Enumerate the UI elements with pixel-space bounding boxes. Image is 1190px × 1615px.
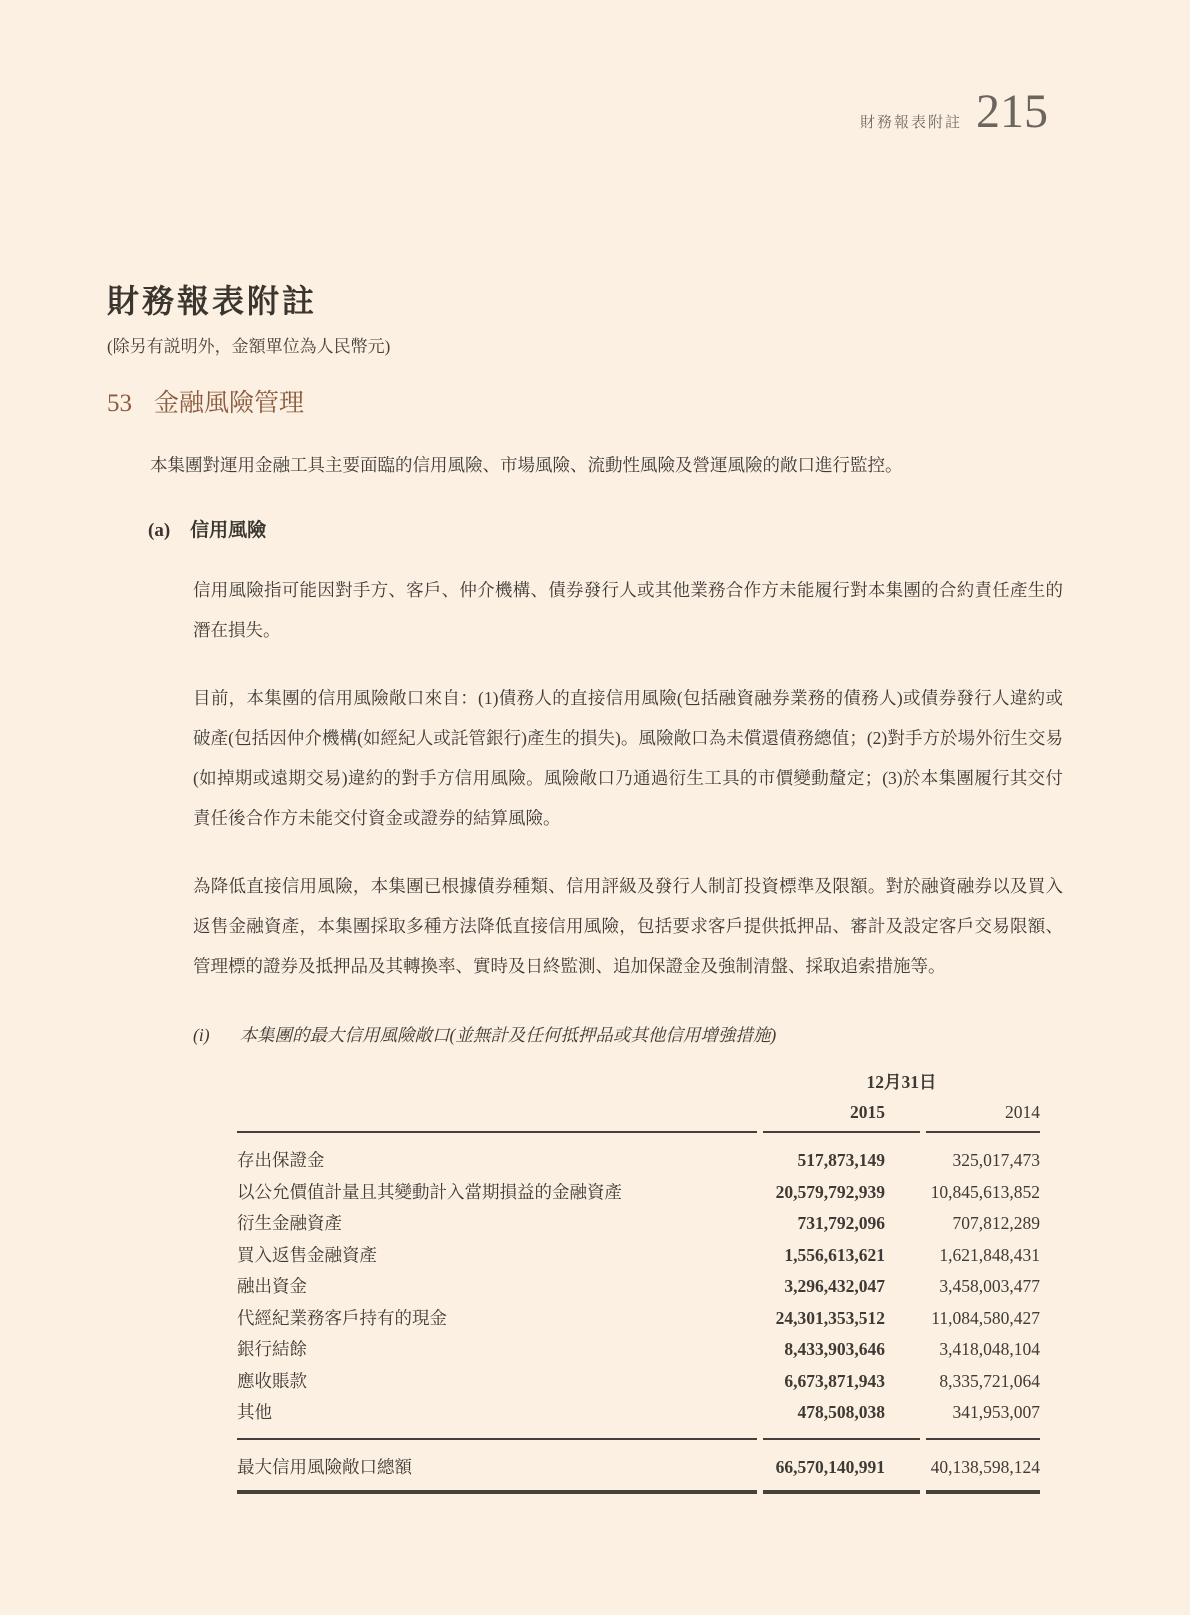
section-intro-paragraph: 本集團對運用金融工具主要面臨的信用風險、市場風險、流動性風險及營運風險的敞口進行… [150,445,1190,485]
table-row: 其他 478,508,038 341,953,007 [237,1397,1040,1429]
table-date-header: 12月31日 [763,1067,1040,1097]
page-title: 財務報表附註 [107,0,1190,322]
subsection-a-content: 信用風險指可能因對手方、客戶、仲介機構、債券發行人或其他業務合作方未能履行對本集… [193,570,1063,1494]
table-year-header-row: 2015 2014 [237,1097,1040,1127]
table-subtotal-rule [237,1438,1040,1440]
subsection-a-heading: (a) 信用風險 [148,515,1190,542]
item-i-label: (i) [193,1025,210,1046]
section-number: 53 [107,390,132,418]
page-subtitle: (除另有説明外，金額單位為人民幣元) [107,332,1190,357]
section-title: 金融風險管理 [154,383,304,419]
table-date-header-row: 12月31日 [237,1067,1040,1097]
paragraph-credit-risk-sources: 目前，本集團的信用風險敞口來自：(1)債務人的直接信用風險(包括融資融券業務的債… [193,678,1063,838]
table-row: 銀行結餘 8,433,903,646 3,418,048,104 [237,1334,1040,1366]
table-row: 存出保證金 517,873,149 325,017,473 [237,1145,1040,1177]
paragraph-credit-risk-mitigation: 為降低直接信用風險，本集團已根據債券種類、信用評級及發行人制訂投資標準及限額。對… [193,866,1063,986]
table-row: 買入返售金融資產 1,556,613,621 1,621,848,431 [237,1240,1040,1272]
table-bottom-rule [237,1490,1040,1494]
document-page: 財務報表附註 215 財務報表附註 (除另有説明外，金額單位為人民幣元) 53 … [0,0,1190,1494]
item-i-heading: (i) 本集團的最大信用風險敞口(並無計及任何抵押品或其他信用增強措施) [193,1022,1063,1047]
table-row: 以公允價值計量且其變動計入當期損益的金融資產 20,579,792,939 10… [237,1177,1040,1209]
table-row: 融出資金 3,296,432,047 3,458,003,477 [237,1271,1040,1303]
table-row: 衍生金融資產 731,792,096 707,812,289 [237,1208,1040,1240]
max-credit-exposure-table: 12月31日 2015 2014 存出保證金 517,873,149 325,0… [237,1067,1040,1494]
column-header-2014: 2014 [926,1097,1040,1127]
subsection-a-label: (a) [148,520,170,542]
table-total-row: 最大信用風險敞口總額 66,570,140,991 40,138,598,124 [237,1450,1040,1490]
page-number: 215 [976,88,1048,136]
running-header-label: 財務報表附註 [860,111,962,132]
paragraph-credit-risk-definition: 信用風險指可能因對手方、客戶、仲介機構、債券發行人或其他業務合作方未能履行對本集… [193,570,1063,650]
column-header-2015: 2015 [763,1097,920,1127]
table-header-rule [237,1131,1040,1133]
subsection-a-title: 信用風險 [190,515,266,542]
item-i-title: 本集團的最大信用風險敞口(並無計及任何抵押品或其他信用增強措施) [240,1022,777,1047]
table-row: 代經紀業務客戶持有的現金 24,301,353,512 11,084,580,4… [237,1303,1040,1335]
table-row: 應收賬款 6,673,871,943 8,335,721,064 [237,1366,1040,1398]
table-body: 存出保證金 517,873,149 325,017,473 以公允價值計量且其變… [237,1133,1040,1429]
running-header: 財務報表附註 215 [860,88,1048,136]
section-53-heading: 53 金融風險管理 [107,383,1190,419]
